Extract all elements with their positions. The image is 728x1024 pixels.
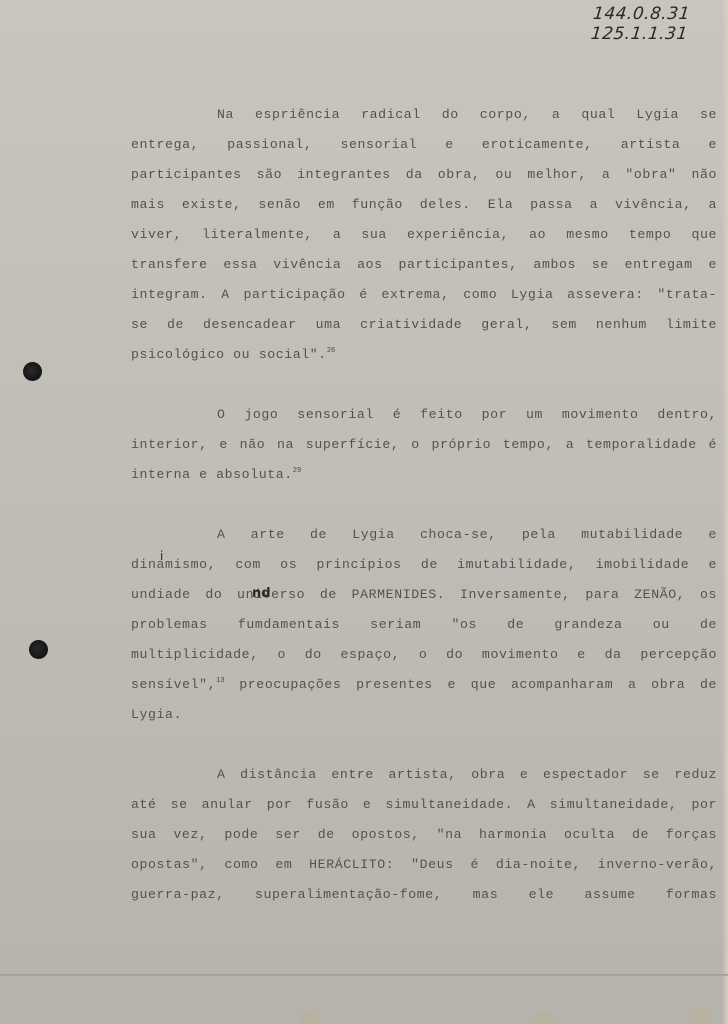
footnote-marker: 13 <box>216 677 224 685</box>
paragraph-3: A arte de Lygia choca-se, pela mutabilid… <box>131 520 717 730</box>
page-edge <box>722 0 728 1024</box>
text-line: entrega, passional, sensorial e eroticam… <box>131 130 717 160</box>
text-line: preocupações presentes e que acompanhara… <box>225 677 717 692</box>
handwritten-reference: 144.0.8.31 125.1.1.31 <box>590 4 691 44</box>
text-line: undiade do universo de PARMENIDES. Inver… <box>131 580 717 610</box>
punch-hole-top <box>23 362 42 381</box>
footnote-marker: 29 <box>293 467 301 475</box>
text-line: dinamismo, com os princípios de imutabil… <box>131 550 717 580</box>
punch-hole-bottom <box>29 640 48 659</box>
handwritten-correction-i: i <box>160 549 163 563</box>
text-line: se de desencadear uma criatividade geral… <box>131 310 717 340</box>
scanned-page: 144.0.8.31 125.1.1.31 Na espriência radi… <box>0 0 728 1024</box>
typewritten-body: Na espriência radical do corpo, a qual L… <box>131 100 717 940</box>
text-line: sensível", <box>131 677 216 692</box>
fold-line <box>0 974 728 976</box>
reference-line-2: 125.1.1.31 <box>590 24 689 44</box>
text-line: transfere essa vivência aos participante… <box>131 250 717 280</box>
paragraph-4: A distância entre artista, obra e espect… <box>131 760 717 910</box>
text-line: multiplicidade, o do espaço, o do movime… <box>131 640 717 670</box>
text-line: até se anular por fusão e simultaneidade… <box>131 790 717 820</box>
reference-line-1: 144.0.8.31 <box>592 4 691 24</box>
text-line: O jogo sensorial é feito por um moviment… <box>131 400 717 430</box>
footnote-marker: 26 <box>327 347 335 355</box>
text-line-with-footnote: interna e absoluta.29 <box>131 460 717 490</box>
paragraph-1: Na espriência radical do corpo, a qual L… <box>131 100 717 370</box>
handwritten-correction-nd: nd <box>252 586 271 601</box>
text-line: interior, e não na superfície, o próprio… <box>131 430 717 460</box>
text-line: problemas fumdamentais seriam "os de gra… <box>131 610 717 640</box>
paper-stain <box>690 1008 712 1024</box>
text-line-with-footnote: sensível",13 preocupações presentes e qu… <box>131 670 717 700</box>
text-line: viver, literalmente, a sua experiência, … <box>131 220 717 250</box>
text-line: participantes são integrantes da obra, o… <box>131 160 717 190</box>
text-line: mais existe, senão em função deles. Ela … <box>131 190 717 220</box>
text-line-with-footnote: psicológico ou social".26 <box>131 340 717 370</box>
text-line: interna e absoluta. <box>131 467 293 482</box>
paper-stain <box>300 1012 320 1024</box>
text-line: Lygia. <box>131 700 717 730</box>
text-line: Na espriência radical do corpo, a qual L… <box>131 100 717 130</box>
text-line: A arte de Lygia choca-se, pela mutabilid… <box>131 520 717 550</box>
text-line: guerra-paz, superalimentação-fome, mas e… <box>131 880 717 910</box>
text-line: sua vez, pode ser de opostos, "na harmon… <box>131 820 717 850</box>
text-line: psicológico ou social". <box>131 347 327 362</box>
text-line: opostas", como em HERÁCLITO: "Deus é dia… <box>131 850 717 880</box>
paragraph-2: O jogo sensorial é feito por um moviment… <box>131 400 717 490</box>
paper-stain <box>535 1012 553 1024</box>
text-line: A distância entre artista, obra e espect… <box>131 760 717 790</box>
text-line: integram. A participação é extrema, como… <box>131 280 717 310</box>
